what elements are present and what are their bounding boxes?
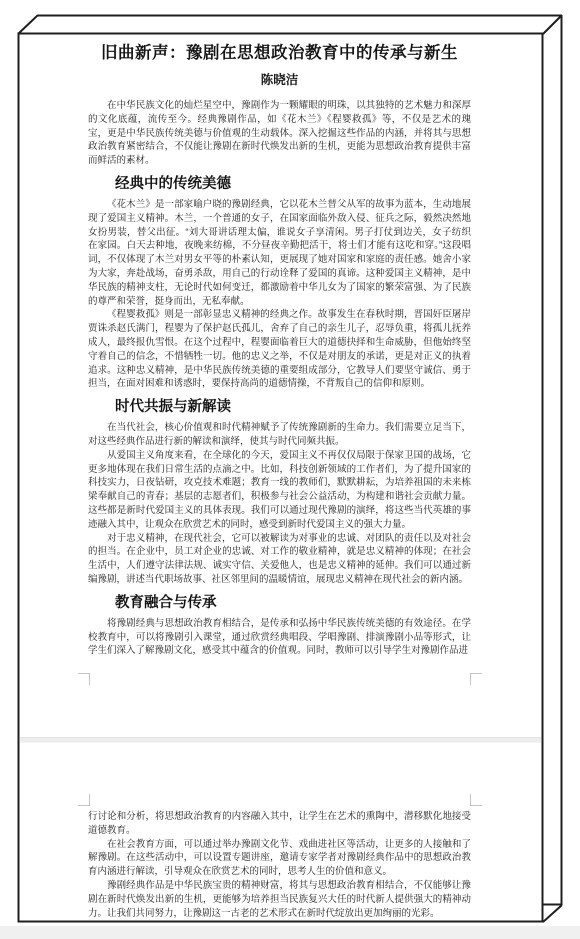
margin-crop-mark-page2-top-right — [470, 794, 482, 806]
section-heading: 经典中的传统美德 — [88, 176, 471, 193]
body-paragraph: 在当代社会，核心价值观和时代精神赋予了传统豫剧新的生命力。我们需要立足当下，对这… — [88, 421, 471, 449]
body-paragraph: 从爱国主义角度来看，在全球化的今天，爱国主义不再仅仅局限于保家卫国的战场，它更多… — [88, 449, 471, 532]
body-paragraph: 对于忠义精神，在现代社会，它可以被解读为对事业的忠诚、对团队的责任以及对社会的担… — [88, 532, 471, 587]
body-paragraph: 将豫剧经典与思想政治教育相结合，是传承和弘扬中华民族传统美德的有效途径。在学校教… — [88, 617, 471, 658]
document-page-1: 旧曲新声：豫剧在思想政治教育中的传承与新生 陈晓洁 在中华民族文化的灿烂星空中，… — [88, 38, 471, 672]
page-break-divider — [20, 737, 541, 743]
section-heading: 教育融合与传承 — [88, 595, 471, 612]
body-paragraph: 在社会教育方面，可以通过举办豫剧文化节、戏曲进社区等活动，让更多的人接触和了解豫… — [88, 838, 471, 879]
author-name: 陈晓洁 — [88, 72, 471, 89]
sheet-bottom-shadow — [0, 926, 580, 939]
margin-crop-mark-page1-bottom-right — [470, 673, 482, 685]
body-paragraph: 行讨论和分析，将思想政治教育的内容融入其中，让学生在艺术的熏陶中，潜移默化地接受… — [88, 810, 471, 838]
page2-body-text: 行讨论和分析，将思想政治教育的内容融入其中，让学生在艺术的熏陶中，潜移默化地接受… — [88, 810, 471, 920]
document-page-2: 行讨论和分析，将思想政治教育的内容融入其中，让学生在艺术的熏陶中，潜移默化地接受… — [88, 810, 471, 920]
margin-crop-mark-page1-bottom-left — [78, 673, 90, 685]
body-paragraph: 豫剧经典作品是中华民族宝贵的精神财富，将其与思想政治教育相结合，不仅能够让豫剧在… — [88, 879, 471, 920]
margin-crop-mark-page2-top-left — [78, 794, 90, 806]
body-paragraph: 《程婴救孤》则是一部彰显忠义精神的经典之作。故事发生在春秋时期，晋国奸臣屠岸贾诛… — [88, 308, 471, 391]
body-paragraph: 在中华民族文化的灿烂星空中，豫剧作为一颗耀眼的明珠，以其独特的艺术魅力和深厚的文… — [88, 99, 471, 168]
document-title: 旧曲新声：豫剧在思想政治教育中的传承与新生 — [88, 42, 471, 64]
section-heading: 时代共振与新解读 — [88, 399, 471, 416]
page1-body-text: 在中华民族文化的灿烂星空中，豫剧作为一颗耀眼的明珠，以其独特的艺术魅力和深厚的文… — [88, 99, 471, 658]
body-paragraph: 《花木兰》是一部家喻户晓的豫剧经典，它以花木兰替父从军的故事为蓝本，生动地展现了… — [88, 198, 471, 308]
